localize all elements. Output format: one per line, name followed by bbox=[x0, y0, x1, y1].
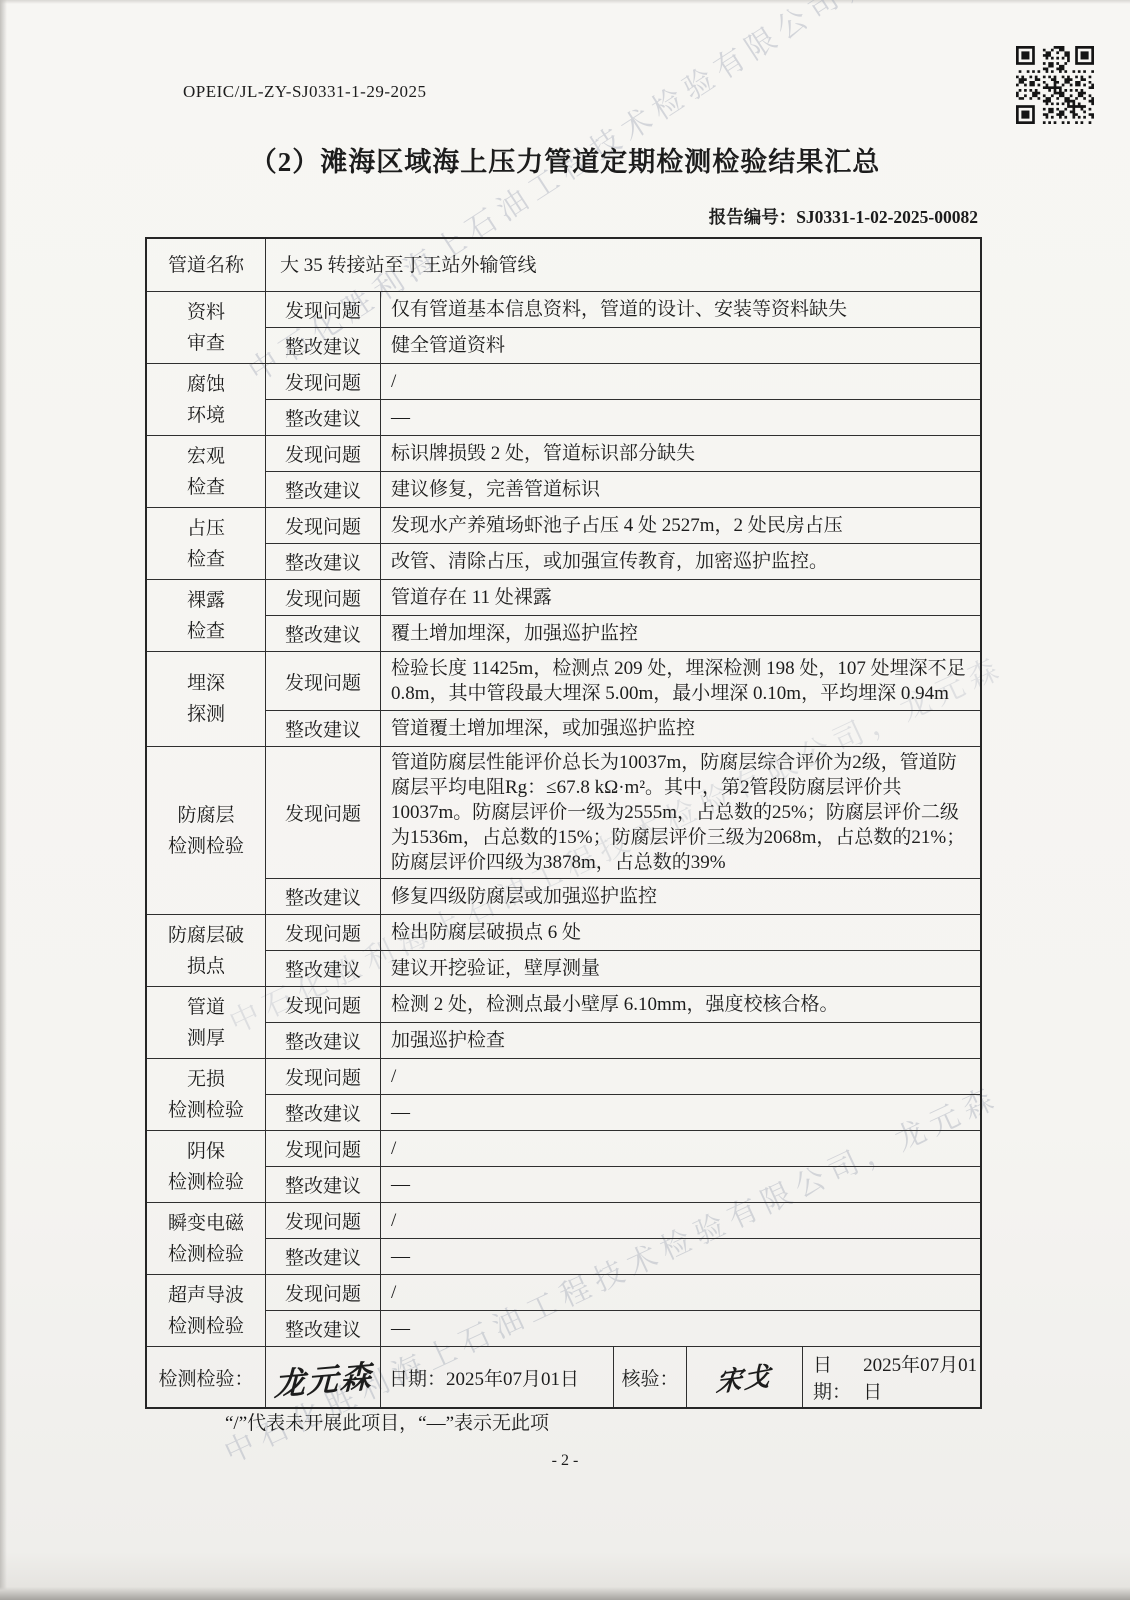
date-label: 日期： bbox=[813, 1350, 863, 1404]
problem-label: 发现问题 bbox=[266, 1203, 381, 1238]
verifier-signature: 宋戈 bbox=[687, 1347, 803, 1407]
suggestion-value: — bbox=[381, 1095, 980, 1130]
problem-label: 发现问题 bbox=[266, 652, 381, 710]
suggestion-label: 整改建议 bbox=[266, 1311, 381, 1346]
suggestion-label: 整改建议 bbox=[266, 951, 381, 986]
scanned-report-page: 中石化胜利海上石油工程技术检验有限公司，龙元森 中石化胜利海上石油工程技术检验有… bbox=[0, 0, 1130, 1600]
verify-date-cell: 日期：2025年07月01日 bbox=[803, 1347, 980, 1407]
inspect-date-value: 2025年07月01日 bbox=[446, 1364, 579, 1391]
problem-label: 发现问题 bbox=[266, 436, 381, 471]
problem-label: 发现问题 bbox=[266, 1131, 381, 1166]
table-row-group: 占压 检查 发现问题发现水产养殖场虾池子占压 4 处 2527m，2 处民房占压… bbox=[147, 507, 980, 579]
category-cell: 资料 审查 bbox=[147, 292, 266, 363]
problem-value: / bbox=[381, 364, 980, 399]
category-cell: 管道 测厚 bbox=[147, 987, 266, 1058]
problem-label: 发现问题 bbox=[266, 364, 381, 399]
problem-value: 发现水产养殖场虾池子占压 4 处 2527m，2 处民房占压 bbox=[381, 508, 980, 543]
inspect-date-cell: 日期：2025年07月01日 bbox=[381, 1347, 614, 1407]
problem-value: / bbox=[381, 1203, 980, 1238]
suggestion-value: 修复四级防腐层或加强巡护监控 bbox=[381, 879, 980, 914]
suggestion-label: 整改建议 bbox=[266, 879, 381, 914]
suggestion-value: 改管、清除占压，或加强宣传教育，加密巡护监控。 bbox=[381, 544, 980, 579]
suggestion-label: 整改建议 bbox=[266, 400, 381, 435]
problem-value: 标识牌损毁 2 处，管道标识部分缺失 bbox=[381, 436, 980, 471]
suggestion-value: 健全管道资料 bbox=[381, 328, 980, 363]
category-cell: 防腐层 检测检验 bbox=[147, 747, 266, 914]
suggestion-value: — bbox=[381, 1167, 980, 1202]
suggestion-label: 整改建议 bbox=[266, 1023, 381, 1058]
inspection-results-table: 管道名称 大 35 转接站至丁王站外输管线 资料 审查 发现问题仅有管道基本信息… bbox=[145, 237, 982, 1409]
problem-label: 发现问题 bbox=[266, 1059, 381, 1094]
handwritten-signature: 宋戈 bbox=[716, 1355, 774, 1399]
table-row-group: 阴保 检测检验 发现问题/ 整改建议— bbox=[147, 1130, 980, 1202]
page-number: - 2 - bbox=[0, 1452, 1130, 1470]
table-row-group: 防腐层 检测检验 发现问题管道防腐层性能评价总长为10037m，防腐层综合评价为… bbox=[147, 746, 980, 914]
table-row-group: 无损 检测检验 发现问题/ 整改建议— bbox=[147, 1058, 980, 1130]
category-cell: 腐蚀 环境 bbox=[147, 364, 266, 435]
category-cell: 阴保 检测检验 bbox=[147, 1131, 266, 1202]
suggestion-value: — bbox=[381, 400, 980, 435]
table-row-group: 资料 审查 发现问题仅有管道基本信息资料，管道的设计、安装等资料缺失 整改建议健… bbox=[147, 291, 980, 363]
problem-value: / bbox=[381, 1275, 980, 1310]
problem-value: 仅有管道基本信息资料，管道的设计、安装等资料缺失 bbox=[381, 292, 980, 327]
qr-code-icon bbox=[1016, 46, 1094, 124]
problem-value: 管道防腐层性能评价总长为10037m，防腐层综合评价为2级，管道防腐层平均电阻R… bbox=[381, 747, 980, 878]
problem-label: 发现问题 bbox=[266, 747, 381, 878]
report-number-label: 报告编号： bbox=[709, 207, 797, 227]
problem-label: 发现问题 bbox=[266, 292, 381, 327]
suggestion-label: 整改建议 bbox=[266, 328, 381, 363]
scan-edge-bottom bbox=[0, 1587, 1130, 1600]
category-cell: 瞬变电磁 检测检验 bbox=[147, 1203, 266, 1274]
suggestion-label: 整改建议 bbox=[266, 1167, 381, 1202]
problem-label: 发现问题 bbox=[266, 915, 381, 950]
table-row-group: 管道 测厚 发现问题检测 2 处，检测点最小壁厚 6.10mm，强度校核合格。 … bbox=[147, 986, 980, 1058]
verifier-label: 核验： bbox=[614, 1347, 687, 1407]
category-cell: 宏观 检查 bbox=[147, 436, 266, 507]
pipeline-name-row: 管道名称 大 35 转接站至丁王站外输管线 bbox=[147, 239, 980, 291]
category-cell: 防腐层破 损点 bbox=[147, 915, 266, 986]
suggestion-value: 覆土增加埋深，加强巡护监控 bbox=[381, 616, 980, 651]
signoff-row: 检测检验： 龙元森 日期：2025年07月01日 核验： 宋戈 日期：2025年… bbox=[147, 1346, 980, 1407]
problem-value: 检测 2 处，检测点最小壁厚 6.10mm，强度校核合格。 bbox=[381, 987, 980, 1022]
problem-value: 管道存在 11 处裸露 bbox=[381, 580, 980, 615]
report-number-value: SJ0331-1-02-2025-00082 bbox=[796, 207, 978, 227]
table-row-group: 裸露 检查 发现问题管道存在 11 处裸露 整改建议覆土增加埋深，加强巡护监控 bbox=[147, 579, 980, 651]
inspector-signature: 龙元森 bbox=[266, 1347, 381, 1407]
suggestion-label: 整改建议 bbox=[266, 616, 381, 651]
date-label: 日期： bbox=[389, 1364, 446, 1391]
suggestion-label: 整改建议 bbox=[266, 711, 381, 746]
suggestion-label: 整改建议 bbox=[266, 472, 381, 507]
suggestion-value: — bbox=[381, 1311, 980, 1346]
problem-value: / bbox=[381, 1131, 980, 1166]
suggestion-label: 整改建议 bbox=[266, 1095, 381, 1130]
category-cell: 无损 检测检验 bbox=[147, 1059, 266, 1130]
problem-label: 发现问题 bbox=[266, 1275, 381, 1310]
table-row-group: 埋深 探测 发现问题检验长度 11425m，检测点 209 处，埋深检测 198… bbox=[147, 651, 980, 746]
problem-value: 检验长度 11425m，检测点 209 处，埋深检测 198 处，107 处埋深… bbox=[381, 652, 980, 710]
table-row-group: 瞬变电磁 检测检验 发现问题/ 整改建议— bbox=[147, 1202, 980, 1274]
category-cell: 占压 检查 bbox=[147, 508, 266, 579]
problem-label: 发现问题 bbox=[266, 987, 381, 1022]
category-cell: 超声导波 检测检验 bbox=[147, 1275, 266, 1346]
page-title: （2）滩海区域海上压力管道定期检测检验结果汇总 bbox=[0, 140, 1130, 179]
verify-date-value: 2025年07月01日 bbox=[863, 1350, 980, 1404]
table-row-group: 防腐层破 损点 发现问题检出防腐层破损点 6 处 整改建议建议开挖验证，壁厚测量 bbox=[147, 914, 980, 986]
problem-value: / bbox=[381, 1059, 980, 1094]
handwritten-signature: 龙元森 bbox=[273, 1350, 372, 1404]
suggestion-value: 加强巡护检查 bbox=[381, 1023, 980, 1058]
problem-value: 检出防腐层破损点 6 处 bbox=[381, 915, 980, 950]
category-cell: 埋深 探测 bbox=[147, 652, 266, 746]
table-row-group: 宏观 检查 发现问题标识牌损毁 2 处，管道标识部分缺失 整改建议建议修复，完善… bbox=[147, 435, 980, 507]
problem-label: 发现问题 bbox=[266, 580, 381, 615]
legend-footnote: “/”代表未开展此项目，“—”表示无此项 bbox=[225, 1408, 549, 1435]
suggestion-value: 管道覆土增加埋深，或加强巡护监控 bbox=[381, 711, 980, 746]
document-code: OPEIC/JL-ZY-SJ0331-1-29-2025 bbox=[183, 82, 427, 102]
scan-edge-left bbox=[0, 0, 7, 1600]
pipeline-name-label: 管道名称 bbox=[147, 239, 266, 291]
category-cell: 裸露 检查 bbox=[147, 580, 266, 651]
pipeline-name-value: 大 35 转接站至丁王站外输管线 bbox=[266, 239, 980, 291]
table-row-group: 超声导波 检测检验 发现问题/ 整改建议— bbox=[147, 1274, 980, 1346]
report-number: 报告编号：SJ0331-1-02-2025-00082 bbox=[709, 204, 978, 229]
inspector-label: 检测检验： bbox=[147, 1347, 266, 1407]
suggestion-label: 整改建议 bbox=[266, 1239, 381, 1274]
scan-edge-top bbox=[0, 0, 1130, 4]
table-row-group: 腐蚀 环境 发现问题/ 整改建议— bbox=[147, 363, 980, 435]
suggestion-value: — bbox=[381, 1239, 980, 1274]
suggestion-label: 整改建议 bbox=[266, 544, 381, 579]
suggestion-value: 建议开挖验证，壁厚测量 bbox=[381, 951, 980, 986]
suggestion-value: 建议修复，完善管道标识 bbox=[381, 472, 980, 507]
problem-label: 发现问题 bbox=[266, 508, 381, 543]
